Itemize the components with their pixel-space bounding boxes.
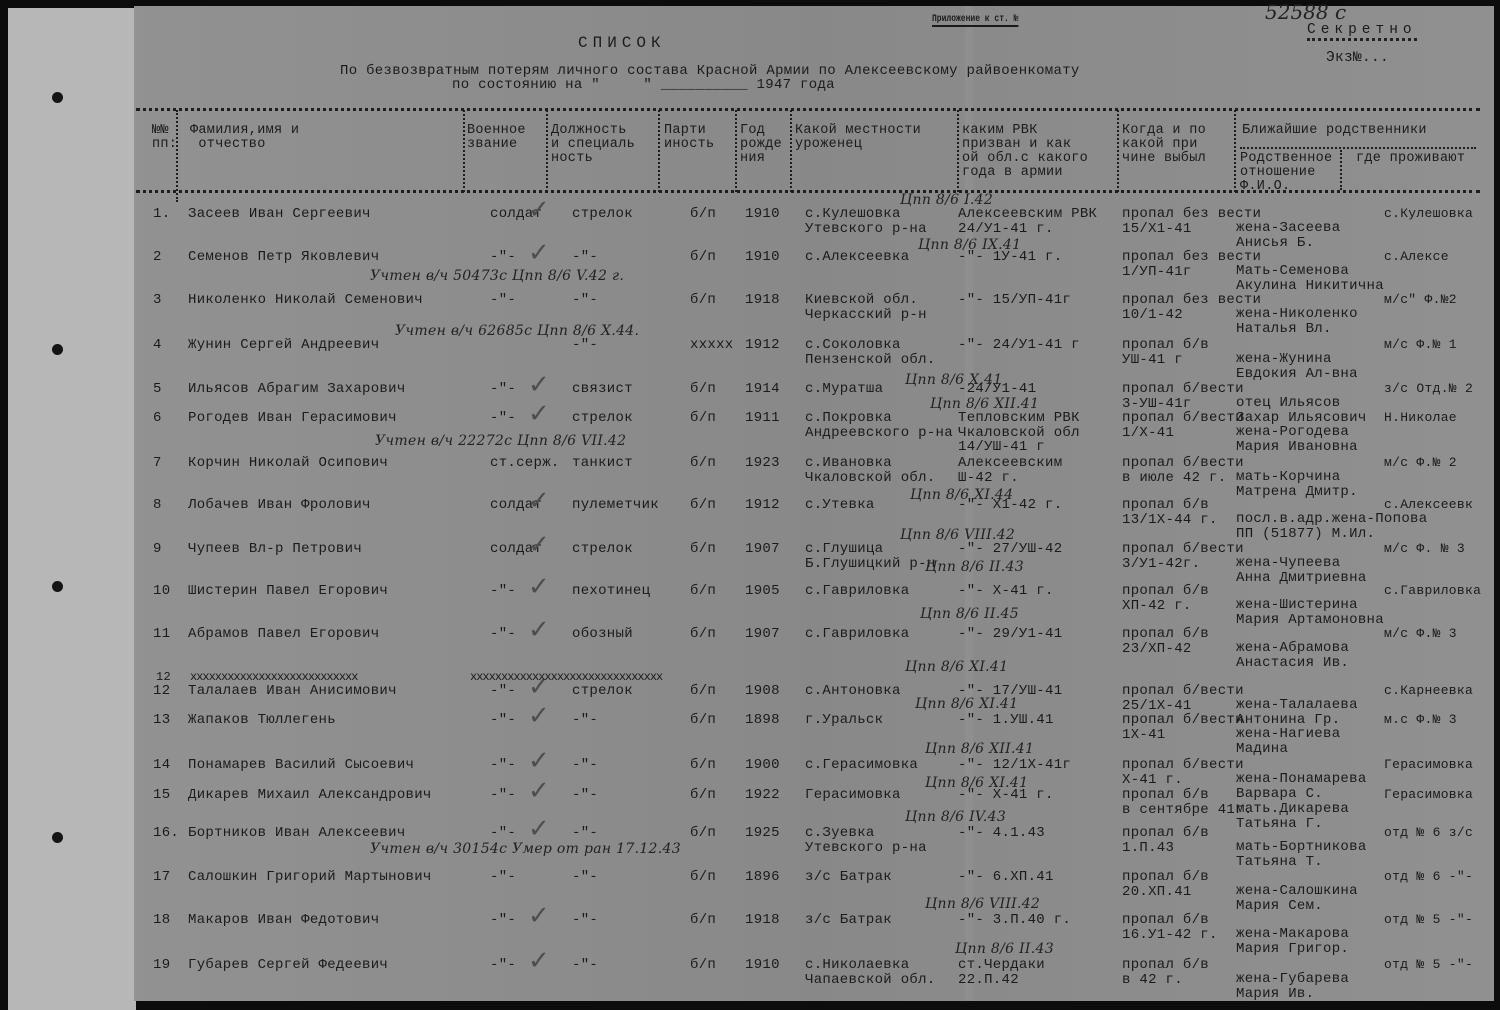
birth-year: 1896 [745, 870, 780, 885]
next-of-kin: жена-Понамарева Варвара С. [1236, 772, 1367, 801]
next-of-kin: жена-Шистерина Мария Артамоновна [1236, 598, 1384, 627]
party-membership: б/п [690, 713, 716, 728]
checkmark-icon: ✓ [528, 748, 550, 774]
loss-reason: пропал б/в в 42 г. [1122, 958, 1209, 987]
next-of-kin: Мать-Семенова Акулина Никитична [1236, 264, 1384, 293]
position: -"- [572, 758, 598, 773]
next-of-kin: жена-Талалаева Антонина Гр. [1236, 698, 1358, 727]
soldier-name: Дикарев Михаил Александрович [188, 788, 432, 803]
struck-row-num: 12 [156, 670, 171, 685]
birth-year: 1925 [745, 826, 780, 841]
position: пехотинец [572, 584, 650, 599]
checkmark-icon: ✓ [528, 617, 550, 643]
col-divider [658, 110, 660, 192]
kin-residence: с.Алексеевк [1384, 498, 1473, 513]
military-rank: -"- [490, 684, 516, 699]
row-number: 2 [153, 250, 162, 265]
birthplace: с.Соколовка Пензенской обл. [805, 338, 936, 367]
party-membership: б/п [690, 870, 716, 885]
party-membership: б/п [690, 456, 716, 471]
birth-year: 1922 [745, 788, 780, 803]
soldier-name: Талалаев Иван Анисимович [188, 684, 397, 699]
party-membership: б/п [690, 250, 716, 265]
row-number: 18 [153, 913, 170, 928]
header-name: Фамилия,имя и отчество [190, 124, 299, 152]
position: стрелок [572, 207, 633, 222]
handwritten-annotation: Цпп 8/6 XII.41 [925, 742, 1034, 757]
binding-margin [8, 8, 136, 1010]
soldier-name: Засеев Иван Сергеевич [188, 207, 371, 222]
next-of-kin: жена-Чупеева Анна Дмитриевна [1236, 556, 1367, 585]
handwritten-annotation: Учтен в/ч 50473с Цпп 8/6 V.42 г. [370, 269, 624, 284]
drafted-by: -"- 12/1Х-41г [958, 758, 1071, 773]
position: связист [572, 382, 633, 397]
drafted-by: -"- 29/У1-41 [958, 627, 1062, 642]
party-membership: б/п [690, 382, 716, 397]
loss-reason: пропал б/в 23/ХП-42 [1122, 627, 1209, 656]
handwritten-annotation: Цпп 8/6 VIII.42 [925, 897, 1040, 912]
position: -"- [572, 826, 598, 841]
soldier-name: Жапаков Тюллегень [188, 713, 336, 728]
position: стрелок [572, 684, 633, 699]
handwritten-annotation: Цпп 8/6 VIII.42 [900, 528, 1015, 543]
next-of-kin: жена-Засеева Анисья Б. [1236, 221, 1340, 250]
punch-hole [52, 344, 63, 355]
next-of-kin: мать-Корчина Матрена Дмитр. [1236, 470, 1358, 499]
birth-year: 1910 [745, 250, 780, 265]
birth-year: 1907 [745, 627, 780, 642]
drafted-by: -"- 3.П.40 г. [958, 913, 1071, 928]
position: -"- [572, 788, 598, 803]
handwritten-annotation: Цпп 8/6 XII.41 [930, 397, 1039, 412]
row-number: 3 [153, 293, 162, 308]
loss-reason: пропал б/вести 1Х-41 [1122, 713, 1244, 742]
kin-residence: Герасимовка [1384, 788, 1473, 803]
soldier-name: Бортников Иван Алексеевич [188, 826, 406, 841]
position: обозный [572, 627, 633, 642]
header-reason: Когда и по какой при чине выбыл [1122, 124, 1206, 166]
col-divider [1117, 110, 1119, 192]
soldier-name: Чупеев Вл-р Петрович [188, 542, 362, 557]
party-membership: б/п [690, 498, 716, 513]
military-rank: -"- [490, 584, 516, 599]
party-membership: б/п [690, 958, 716, 973]
kin-residence: Н.Николае [1384, 411, 1457, 426]
birth-year: 1914 [745, 382, 780, 397]
loss-reason: пропал б/в 13/1Х-44 г. [1122, 498, 1218, 527]
row-number: 8 [153, 498, 162, 513]
birth-year: 1907 [745, 542, 780, 557]
loss-reason: пропал б/в 20.ХП.41 [1122, 870, 1209, 899]
header-num: №№ пп: [152, 124, 177, 152]
military-rank: -"- [490, 382, 516, 397]
birthplace: з/с Батрак [805, 870, 892, 885]
header-birth-year: Год рожде ния [740, 124, 782, 166]
header-birthplace: Какой местности уроженец [795, 124, 921, 152]
table-top-border [136, 108, 1480, 111]
kin-residence: отд № 6 з/с [1384, 826, 1473, 841]
header-rank: Военное звание [467, 124, 526, 152]
struck-row-rest: xxxxxxxxxxxxxxxxxxxxxxxxxxxxxxx [470, 670, 662, 685]
punch-hole [52, 832, 63, 843]
drafted-by: -"- Х-41 г. [958, 584, 1054, 599]
birth-year: 1918 [745, 293, 780, 308]
position: -"- [572, 338, 598, 353]
party-membership: xxxxx [690, 338, 734, 353]
birthplace: г.Уральск [805, 713, 883, 728]
loss-reason: пропал б/в в сентябре 41г. [1122, 788, 1253, 817]
soldier-name: Понамарев Василий Сысоевич [188, 758, 414, 773]
loss-reason: пропал б/вести 3/У1-42г. [1122, 542, 1244, 571]
position: стрелок [572, 411, 633, 426]
party-membership: б/п [690, 684, 716, 699]
handwritten-annotation: Учтен в/ч 62685с Цпп 8/6 X.44. [395, 324, 639, 339]
party-membership: б/п [690, 411, 716, 426]
birthplace: с.Гавриловка [805, 584, 909, 599]
birthplace: с.Николаевка Чапаевской обл. [805, 958, 936, 987]
row-number: 1. [153, 207, 170, 222]
checkmark-icon: ✓ [528, 816, 550, 842]
next-of-kin: жена-Нагиева Мадина [1236, 727, 1340, 756]
position: -"- [572, 250, 598, 265]
classification-label: Секретно [1307, 22, 1417, 41]
soldier-name: Губарев Сергей Федеевич [188, 958, 388, 973]
soldier-name: Салошкин Григорий Мартынович [188, 870, 432, 885]
kin-residence: з/с Отд.№ 2 [1384, 382, 1473, 397]
birth-year: 1912 [745, 338, 780, 353]
checkmark-icon: ✓ [528, 401, 550, 427]
punch-hole [52, 581, 63, 592]
subtitle-line-2: по состоянию на " " __________ 1947 года [452, 77, 835, 93]
birth-year: 1918 [745, 913, 780, 928]
relatives-subdivider [1240, 147, 1476, 149]
birth-year: 1908 [745, 684, 780, 699]
drafted-by: -"- 15/УП-41г [958, 293, 1071, 308]
birthplace: с.Зуевка Утевского р-на [805, 826, 927, 855]
military-rank: -"- [490, 958, 516, 973]
soldier-name: Семенов Петр Яковлевич [188, 250, 379, 265]
military-rank: -"- [490, 293, 516, 308]
birthplace: с.Муратша [805, 382, 883, 397]
position: -"- [572, 913, 598, 928]
struck-row-name: xxxxxxxxxxxxxxxxxxxxxxxxxxx [190, 670, 357, 685]
birthplace: с.Герасимовка [805, 758, 918, 773]
birth-year: 1912 [745, 498, 780, 513]
loss-reason: пропал б/вести 25/1Х-41 [1122, 684, 1244, 713]
party-membership: б/п [690, 913, 716, 928]
birthplace: с.Антоновка [805, 684, 901, 699]
row-number: 6 [153, 411, 162, 426]
row-number: 7 [153, 456, 162, 471]
kin-residence: м/с Ф. № 3 [1384, 542, 1465, 557]
birth-year: 1910 [745, 958, 780, 973]
checkmark-icon: ✓ [528, 574, 550, 600]
page-title: СПИСОК [578, 34, 666, 52]
next-of-kin: жена-Николенко Наталья Вл. [1236, 307, 1358, 336]
col-divider [790, 110, 792, 192]
loss-reason: пропал б/вести 1/Х-41 [1122, 411, 1244, 440]
checkmark-icon: ✓ [528, 197, 550, 223]
party-membership: б/п [690, 758, 716, 773]
col-divider [957, 110, 959, 192]
military-rank: -"- [490, 250, 516, 265]
military-rank: -"- [490, 411, 516, 426]
birthplace: с.Утевка [805, 498, 875, 513]
next-of-kin: мать.Дикарева Татьяна Г. [1236, 802, 1349, 831]
position: пулеметчик [572, 498, 659, 513]
row-number: 14 [153, 758, 170, 773]
military-rank: -"- [490, 870, 516, 885]
checkmark-icon: ✓ [528, 240, 550, 266]
position: -"- [572, 293, 598, 308]
birth-year: 1900 [745, 758, 780, 773]
military-rank: -"- [490, 788, 516, 803]
position: -"- [572, 870, 598, 885]
checkmark-icon: ✓ [528, 703, 550, 729]
checkmark-icon: ✓ [528, 778, 550, 804]
next-of-kin: жена-Салошкина Мария Сем. [1236, 884, 1358, 913]
next-of-kin: жена-Макарова Мария Григор. [1236, 927, 1349, 956]
archive-number: 52588 c [1265, 0, 1346, 24]
position: стрелок [572, 542, 633, 557]
soldier-name: Шистерин Павел Егорович [188, 584, 388, 599]
kin-residence: м/с Ф.№ 2 [1384, 456, 1457, 471]
soldier-name: Абрамов Павел Егорович [188, 627, 379, 642]
military-rank: ст.серж. [490, 456, 560, 471]
military-rank: -"- [490, 913, 516, 928]
col-divider [1340, 150, 1342, 190]
attachment-stamp: Приложение к ст. № [932, 14, 1018, 27]
row-number: 13 [153, 713, 170, 728]
handwritten-annotation: Учтен в/ч 30154с Умер от ран 17.12.43 [370, 842, 681, 857]
header-drafted: каким РВК призван и как ой обл.с какого … [962, 124, 1088, 180]
handwritten-annotation: Цпп 8/6 II.45 [920, 607, 1019, 622]
kin-residence: м/с Ф.№ 3 [1384, 627, 1457, 642]
birth-year: 1923 [745, 456, 780, 471]
kin-residence: с.Алексе [1384, 250, 1449, 265]
party-membership: б/п [690, 293, 716, 308]
birth-year: 1898 [745, 713, 780, 728]
next-of-kin: отец Ильясов Захар Ильясович [1236, 396, 1367, 425]
row-number: 9 [153, 542, 162, 557]
drafted-by: -"- 24/У1-41 г [958, 338, 1080, 353]
party-membership: б/п [690, 627, 716, 642]
soldier-name: Макаров Иван Федотович [188, 913, 379, 928]
header-relatives: Ближайшие родственники [1242, 124, 1427, 138]
birthplace: с.Алексеевка [805, 250, 909, 265]
checkmark-icon: ✓ [528, 532, 550, 558]
row-number: 11 [153, 627, 170, 642]
birthplace: с.Ивановка Чкаловской обл. [805, 456, 936, 485]
position: -"- [572, 713, 598, 728]
col-divider [463, 110, 465, 192]
header-relation: Родственное отношение Ф.И.О. [1240, 152, 1332, 194]
next-of-kin: жена-Абрамова Анастасия Ив. [1236, 641, 1349, 670]
birth-year: 1910 [745, 207, 780, 222]
checkmark-icon: ✓ [528, 488, 550, 514]
birthplace: з/с Батрак [805, 913, 892, 928]
soldier-name: Николенко Николай Семенович [188, 293, 423, 308]
party-membership: б/п [690, 826, 716, 841]
soldier-name: Лобачев Иван Фролович [188, 498, 371, 513]
loss-reason: пропал б/вести Х-41 г. [1122, 758, 1244, 787]
drafted-by: Алексеевским Ш-42 г. [958, 456, 1062, 485]
position: -"- [572, 958, 598, 973]
kin-residence: Герасимовка [1384, 758, 1473, 773]
birthplace: с.Гавриловка [805, 627, 909, 642]
party-membership: б/п [690, 542, 716, 557]
soldier-name: Ильясов Абрагим Захарович [188, 382, 406, 397]
handwritten-annotation: Цпп 8/6 IX.41 [918, 238, 1021, 253]
handwritten-annotation: Цпп 8/6 XI.44 [910, 488, 1013, 503]
birthplace: с.Покровка Андреевского р-на [805, 411, 953, 440]
military-rank: -"- [490, 713, 516, 728]
next-of-kin: жена-Жунина Евдокия Ал-вна [1236, 352, 1358, 381]
drafted-by: Алексеевским РВК 24/У1-41 г. [958, 207, 1097, 236]
kin-residence: с.Карнеевка [1384, 684, 1473, 699]
kin-residence: отд № 6 -"- [1384, 870, 1473, 885]
row-number: 4 [153, 338, 162, 353]
birthplace: с.Кулешовка Утевского р-на [805, 207, 927, 236]
row-number: 17 [153, 870, 170, 885]
col-divider [735, 110, 737, 192]
row-number: 16. [153, 826, 179, 841]
handwritten-annotation: Цпп 8/6 II.43 [955, 942, 1054, 957]
row-number: 10 [153, 584, 170, 599]
col-divider [546, 110, 548, 192]
party-membership: б/п [690, 584, 716, 599]
loss-reason: пропал б/вести в июле 42 г. [1122, 456, 1244, 485]
checkmark-icon: ✓ [528, 372, 550, 398]
next-of-kin: жена-Губарева Мария Ив. [1236, 972, 1349, 1001]
next-of-kin: мать-Бортникова Татьяна Т. [1236, 840, 1367, 869]
handwritten-annotation: Цпп 8/6 X.41 [905, 373, 1003, 388]
handwritten-annotation: Учтен в/ч 22272с Цпп 8/6 VII.42 [375, 434, 626, 449]
kin-residence: м.с Ф.№ 3 [1384, 713, 1457, 728]
drafted-by: -"- 1.УШ.41 [958, 713, 1054, 728]
handwritten-annotation: Цпп 8/6 II.43 [925, 560, 1024, 575]
loss-reason: пропал б/в 16.У1-42 г. [1122, 913, 1218, 942]
birthplace: Герасимовка [805, 788, 901, 803]
soldier-name: Рогодев Иван Герасимович [188, 411, 397, 426]
checkmark-icon: ✓ [528, 948, 550, 974]
loss-reason: пропал б/в ХП-42 г. [1122, 584, 1209, 613]
kin-residence: с.Гавриловка [1384, 584, 1481, 599]
row-number: 5 [153, 382, 162, 397]
kin-residence: отд № 5 -"- [1384, 958, 1473, 973]
handwritten-annotation: Цпп 8/6 IV.43 [905, 810, 1006, 825]
military-rank: -"- [490, 627, 516, 642]
handwritten-annotation: Цпп 8/6 I.42 [900, 193, 993, 208]
birthplace: с.Глушица Б.Глушицкий р-н [805, 542, 936, 571]
row-number: 19 [153, 958, 170, 973]
header-residence: где проживают [1356, 152, 1465, 166]
birth-year: 1911 [745, 411, 780, 426]
birth-year: 1905 [745, 584, 780, 599]
soldier-name: Корчин Николай Осипович [188, 456, 388, 471]
checkmark-icon: ✓ [528, 903, 550, 929]
drafted-by: ст.Чердаки 22.П.42 [958, 958, 1045, 987]
next-of-kin: посл.в.адр.жена-Попова ПП (51877) М.Ил. [1236, 512, 1427, 541]
kin-residence: отд № 5 -"- [1384, 913, 1473, 928]
kin-residence: с.Кулешовка [1384, 207, 1473, 222]
military-rank: -"- [490, 826, 516, 841]
copy-label: Экз№... [1326, 50, 1389, 66]
party-membership: б/п [690, 207, 716, 222]
row-number: 12 [153, 684, 170, 699]
drafted-by: -"- 27/УШ-42 [958, 542, 1062, 557]
handwritten-annotation: Цпп 8/6 XI.41 [915, 697, 1018, 712]
col-divider [1234, 110, 1236, 192]
kin-residence: м/с" Ф.№2 [1384, 293, 1457, 308]
birthplace: Киевской обл. Черкасский р-н [805, 293, 927, 322]
drafted-by: -"- 4.1.43 [958, 826, 1045, 841]
handwritten-annotation: Цпп 8/6 XI.41 [925, 776, 1028, 791]
punch-hole [52, 92, 63, 103]
next-of-kin: жена-Рогодева Мария Ивановна [1236, 425, 1358, 454]
loss-reason: пропал б/в УШ-41 г [1122, 338, 1209, 367]
kin-residence: м/с Ф.№ 1 [1384, 338, 1457, 353]
handwritten-annotation: Цпп 8/6 XI.41 [905, 660, 1008, 675]
soldier-name: Жунин Сергей Андреевич [188, 338, 379, 353]
header-position: Должность и специаль ность [551, 124, 635, 166]
header-party: Парти иность [664, 124, 714, 152]
row-number: 15 [153, 788, 170, 803]
loss-reason: пропал б/вести 3-УШ-41г [1122, 382, 1244, 411]
military-rank: -"- [490, 758, 516, 773]
drafted-by: Тепловским РВК Чкаловской обл 14/УШ-41 г [958, 411, 1080, 455]
drafted-by: -"- 6.ХП.41 [958, 870, 1054, 885]
position: танкист [572, 456, 633, 471]
loss-reason: пропал б/в 1.П.43 [1122, 826, 1209, 855]
party-membership: б/п [690, 788, 716, 803]
